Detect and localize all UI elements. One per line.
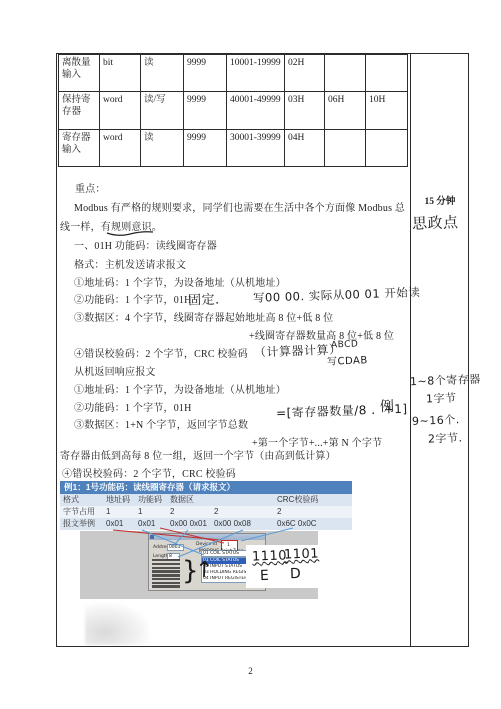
- device-id-label: Device Id: [196, 542, 217, 547]
- cell: 0x00 0x01: [167, 518, 211, 530]
- example-table-title: 例1：1号功能码：读线圈寄存器（请求报文）: [60, 481, 352, 494]
- body-text: +第一个字节+...+第 N 个字节: [252, 437, 382, 450]
- cell-func-write: [325, 55, 366, 92]
- body-text: 从机返回响应报文: [74, 366, 156, 379]
- document-page: 离散量输入 bit 读 9999 10001-19999 02H 保持寄存器 w…: [0, 0, 501, 709]
- section-title-01h: 一、01H 功能码：读线圈寄存器: [74, 240, 217, 253]
- ink-smudge: [85, 603, 150, 645]
- cell: 功能码: [135, 494, 167, 506]
- page-number: 2: [0, 666, 501, 676]
- list-item: [152, 567, 180, 569]
- body-text: ①地址码：1 个字节，为设备地址（从机地址）: [74, 277, 286, 290]
- body-text: ④错误校验码：2 个字节，CRC 校验码: [62, 468, 236, 481]
- handwriting-politics-note: 思政点: [412, 211, 459, 234]
- cell-unit: word: [100, 130, 141, 167]
- cell: 格式: [60, 494, 103, 506]
- cell: 2: [274, 506, 352, 518]
- handwriting-bits-low: 1101: [284, 546, 320, 562]
- register-summary-table: 离散量输入 bit 读 9999 10001-19999 02H 保持寄存器 w…: [58, 54, 408, 167]
- cell: 地址码: [103, 494, 135, 506]
- cell-access: 读: [141, 130, 184, 167]
- cell: 1: [103, 506, 135, 518]
- cell-count: 9999: [184, 55, 227, 92]
- table-row: 报文举例 0x01 0x01 0x00 0x01 0x00 0x08 0x6C …: [60, 518, 352, 530]
- list-item: [152, 570, 180, 572]
- list-item: [152, 585, 180, 587]
- cell-count: 9999: [184, 92, 227, 130]
- table-row: 字节占用 1 1 2 2 2: [60, 506, 352, 518]
- coil-value-list: [152, 559, 180, 589]
- cell: 2: [167, 506, 211, 518]
- cell: 报文举例: [60, 518, 103, 530]
- cell: 2: [211, 506, 274, 518]
- handwriting-hex-e: E: [260, 568, 270, 584]
- list-item: [152, 574, 180, 576]
- cell-range: 30001-39999: [227, 130, 285, 167]
- cell-range: 10001-19999: [227, 55, 285, 92]
- body-text: ②功能码：1 个字节，01H: [74, 294, 192, 307]
- table-row: 格式 地址码 功能码 数据区 CRC校验码: [60, 494, 352, 506]
- binary-note-box: 1110 1101 E D: [246, 545, 318, 588]
- handwriting-bits-high: 1110: [252, 548, 288, 564]
- body-text: 寄存器由低到高每 8 位一组，返回一个字节（由高到低计算）: [60, 450, 336, 463]
- cell-func-read: 03H: [285, 92, 325, 130]
- list-item: [152, 582, 180, 584]
- address-input[interactable]: 0001: [167, 544, 184, 551]
- table-row: 保持寄存器 word 读/写 9999 40001-49999 03H 06H …: [59, 92, 408, 130]
- app-icon: [150, 535, 154, 539]
- cell-unit: word: [100, 92, 141, 130]
- mini-window-titlebar: [149, 534, 265, 540]
- table-row: 寄存器输入 word 读 9999 30001-39999 04H: [59, 130, 408, 167]
- cell: 0x01: [103, 518, 135, 530]
- body-text: ①地址码：1 个字节，为设备地址（从机地址）: [74, 384, 286, 397]
- body-text: Modbus 有严格的规则要求，同学们也需要在生活中各个方面像 Modbus 总: [74, 202, 405, 215]
- handwriting-margin-note: 1字节: [426, 389, 457, 406]
- margin-column-divider: [410, 53, 411, 647]
- cell-func-multi: [366, 130, 408, 167]
- heading-key-point: 重点：: [75, 183, 106, 196]
- cell: 0x00 0x08: [211, 518, 274, 530]
- handwriting-margin-note: 9~16个.: [412, 411, 460, 429]
- list-item: [152, 578, 180, 580]
- cell-func-write: [325, 130, 366, 167]
- cell-func-read: 02H: [285, 55, 325, 92]
- cell: 1: [135, 506, 167, 518]
- cell: [211, 494, 274, 506]
- cell-range: 40001-49999: [227, 92, 285, 130]
- cell-func-multi: [366, 55, 408, 92]
- handwriting-margin-note: 1~8个寄存器: [410, 371, 481, 389]
- cell: 0x6C 0x0C: [274, 518, 352, 530]
- margin-duration: 15 分钟: [410, 193, 470, 207]
- body-text: ④错误校验码：2 个字节，CRC 校验码: [74, 348, 248, 361]
- handwriting-hex-d: D: [290, 566, 302, 582]
- cell-func-read: 04H: [285, 130, 325, 167]
- list-item: [152, 559, 180, 561]
- handwriting-up-arrow: ↑: [195, 558, 215, 584]
- cell-register-type: 保持寄存器: [59, 92, 100, 130]
- cell-func-multi: 10H: [366, 92, 408, 130]
- handwriting-abcd: ABCD: [331, 340, 359, 351]
- cell-access: 读/写: [141, 92, 184, 130]
- example-message-table: 例1：1号功能码：读线圈寄存器（请求报文） 格式 地址码 功能码 数据区 CRC…: [60, 481, 352, 530]
- cell-unit: bit: [100, 55, 141, 92]
- body-text: ②功能码：1 个字节，01H: [74, 402, 192, 415]
- cell-register-type: 寄存器输入: [59, 130, 100, 167]
- handwriting-margin-note: 2字节.: [428, 429, 463, 446]
- body-text: ③数据区：1+N 个字节，返回字节总数: [74, 419, 248, 432]
- device-id-value: 1: [227, 543, 230, 548]
- cell-access: 读: [141, 55, 184, 92]
- cell: 0x01: [135, 518, 167, 530]
- cell-count: 9999: [184, 130, 227, 167]
- body-text: 格式：主机发送请求报文: [74, 259, 186, 272]
- handwriting-cdab: 写CDAB: [327, 351, 368, 367]
- list-item: [152, 563, 180, 565]
- handwriting-example-mark: 例: [380, 396, 395, 416]
- cell: 字节占用: [60, 506, 103, 518]
- body-text: ③数据区：4 个字节，线圈寄存器起始地址高 8 位+低 8 位: [74, 312, 333, 325]
- cell: 数据区: [167, 494, 211, 506]
- cell: CRC校验码: [274, 494, 352, 506]
- cell-register-type: 离散量输入: [59, 55, 100, 92]
- cell-func-write: 06H: [325, 92, 366, 130]
- handwriting-fixed: 固定.: [188, 288, 220, 308]
- body-text: 线一样，有规则意识。: [60, 221, 162, 234]
- table-row: 离散量输入 bit 读 9999 10001-19999 02H: [59, 55, 408, 92]
